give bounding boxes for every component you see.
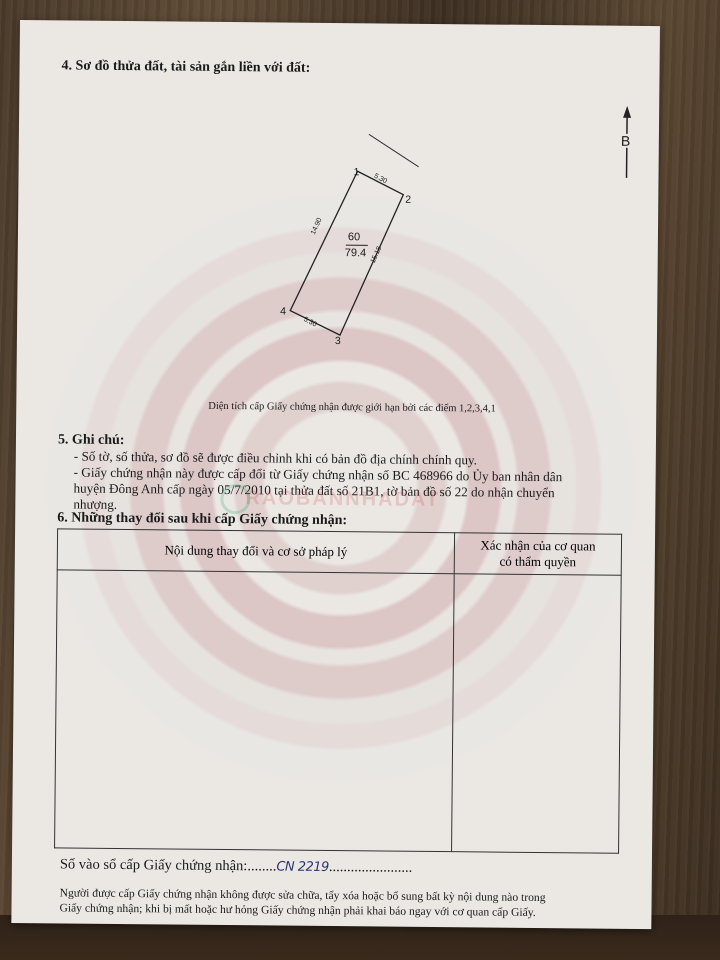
changes-table-header: Nội dung thay đổi và cơ sở pháp lý Xác n… <box>57 529 621 575</box>
parcel-area: 79.4 <box>345 247 367 259</box>
section-5-title: 5. Ghi chú: <box>58 432 125 449</box>
column-header-change-content: Nội dung thay đổi và cơ sở pháp lý <box>57 529 454 574</box>
parcel-diagram <box>267 127 469 369</box>
authority-confirmation-cell <box>452 574 622 854</box>
section-4-title: 4. Sơ đồ thửa đất, tài sản gắn liền với … <box>61 58 310 76</box>
registry-number-field: Số vào sổ cấp Giấy chứng nhận:........CN… <box>60 856 413 876</box>
changes-table: Nội dung thay đổi và cơ sở pháp lý Xác n… <box>54 528 622 853</box>
column-header-authority-line-2: có thẩm quyền <box>456 553 620 571</box>
dotted-leader: ....................... <box>329 859 413 876</box>
registry-label: Số vào sổ cấp Giấy chứng nhận: <box>60 856 248 874</box>
parcel-number: 60 <box>348 231 360 243</box>
section-6-title: 6. Những thay đổi sau khi cấp Giấy chứng… <box>57 510 347 529</box>
point-3-label: 3 <box>335 335 341 347</box>
registry-value: CN 2219 <box>276 860 329 876</box>
table-row <box>55 570 622 853</box>
point-2-label: 2 <box>405 194 411 206</box>
north-label: B <box>621 134 630 148</box>
land-certificate-page: 4. Sơ đồ thửa đất, tài sản gắn liền với … <box>11 20 660 929</box>
point-4-label: 4 <box>280 306 286 318</box>
site-watermark: RAOBANNHADAT <box>245 487 440 512</box>
point-1-label: 1 <box>353 166 359 178</box>
footer-warning: Người được cấp Giấy chứng nhận không đượ… <box>59 885 545 920</box>
change-content-cell <box>55 570 455 852</box>
column-header-authority-confirmation: Xác nhận của cơ quan có thẩm quyền <box>454 533 621 576</box>
column-header-authority-line-1: Xác nhận của cơ quan <box>456 537 620 555</box>
dotted-leader: ........ <box>247 858 276 874</box>
